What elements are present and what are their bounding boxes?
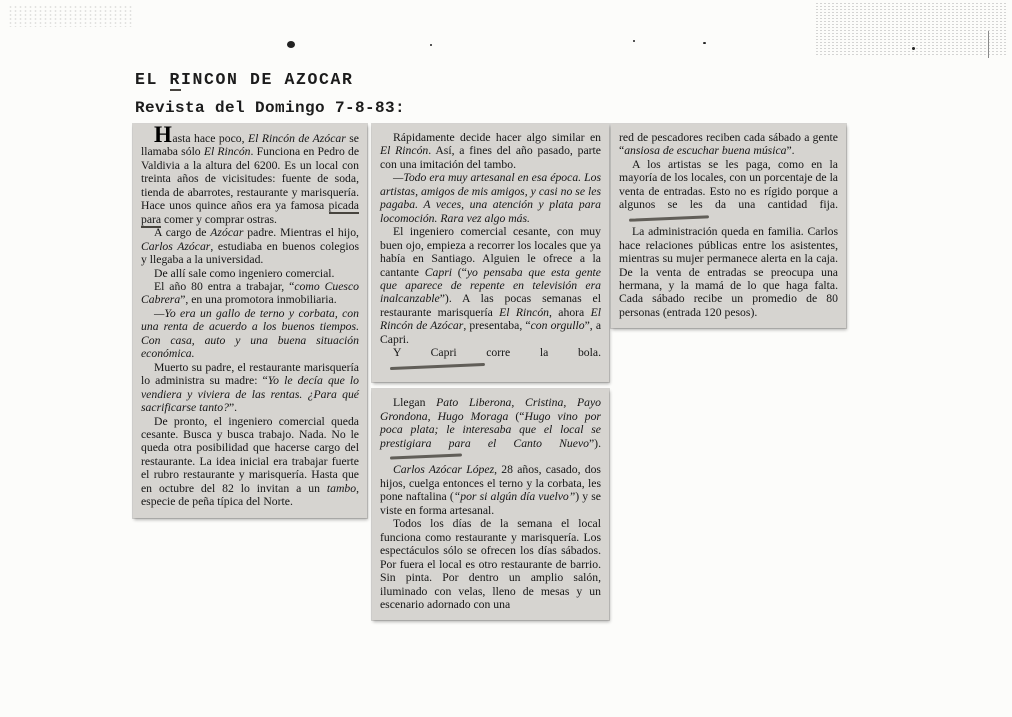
article-paragraph: Rápidamente decide hacer algo similar en… [380,131,601,171]
article-paragraph: —Yo era un gallo de terno y corbata, con… [141,307,359,361]
article-column-2: Rápidamente decide hacer algo similar en… [372,124,609,620]
text-segment: INCON DE AZOCAR [181,70,354,89]
text-segment: Capri [425,266,452,279]
text-segment: padre. Mientras el hijo, [243,226,359,239]
scan-edge-artifact [988,31,989,58]
scanned-newspaper-page: EL RINCON DE AZOCAR Revista del Domingo … [0,0,1012,717]
text-segment: , ahora [549,306,591,319]
ink-speck [912,47,915,50]
text-segment: “por si algún día vuelvo” [454,490,576,503]
text-segment: EL [135,70,170,89]
text-segment: comer y comprar ostras. [161,213,277,226]
text-segment: Llegan [393,396,436,409]
scan-noise-top-right [815,2,1007,56]
text-segment: A cargo de [154,226,210,239]
text-segment: , presentaba, “ [463,319,530,332]
text-segment: —Todo era muy artesanal en esa época. Lo… [380,171,601,224]
pen-mark [390,453,462,459]
text-segment: —Yo era un gallo de terno y corbata, con… [141,307,359,360]
text-segment: tambo [327,482,356,495]
ink-speck [703,42,706,44]
newspaper-clipping: Llegan Pato Liberona, Cristina, Payo Gro… [372,389,609,620]
text-segment: ”). [589,437,601,450]
article-paragraph: De pronto, el ingeniero comercial queda … [141,415,359,509]
pen-mark [629,215,709,221]
text-segment: Carlos Azócar [141,240,210,253]
ink-speck [633,40,635,42]
article-paragraph: El ingeniero comercial cesante, con muy … [380,225,601,346]
text-segment: (“ [452,266,467,279]
text-segment: ”. [229,401,237,414]
pen-mark [390,362,485,369]
article-paragraph: —Todo era muy artesanal en esa época. Lo… [380,171,601,225]
text-segment: Rápidamente decide hacer algo similar en [393,131,601,144]
article-paragraph: A los artistas se les paga, como en la m… [619,158,838,225]
article-subheadline: Revista del Domingo 7-8-83: [135,99,405,117]
text-segment: ”. [787,144,795,157]
text-segment: R [170,70,182,91]
text-segment: Azócar [210,226,243,239]
text-segment: ansiosa de escuchar buena música [624,144,786,157]
text-segment: El Rincón [499,306,549,319]
article-paragraph: De allí sale como ingeniero comercial. [141,267,359,280]
article-column-1: Hasta hace poco, El Rincón de Azócar se … [133,124,367,518]
text-segment: El Rincón [380,144,428,157]
article-paragraph: Carlos Azócar López, 28 años, casado, do… [380,463,601,517]
article-paragraph: Muerto su padre, el restaurante marisque… [141,361,359,415]
ink-speck [430,44,432,46]
text-segment: con orgullo [531,319,585,332]
text-segment: (“ [508,410,524,423]
text-segment: ”, en una promotora inmobiliaria. [180,293,336,306]
article-paragraph: Todos los días de la semana el local fun… [380,517,601,611]
article-paragraph: red de pescadores reciben cada sábado a … [619,131,838,158]
article-paragraph: La administración queda en familia. Carl… [619,225,838,319]
text-segment: De allí sale como ingeniero comercial. [154,267,334,280]
text-segment: El Rincón [204,145,251,158]
text-segment: Y Capri corre la bola. [393,346,601,359]
newspaper-clipping: Hasta hace poco, El Rincón de Azócar se … [133,124,367,518]
article-paragraph: Llegan Pato Liberona, Cristina, Payo Gro… [380,396,601,463]
article-paragraph: Y Capri corre la bola. [380,346,601,373]
drop-cap: H [154,122,172,147]
text-segment: Todos los días de la semana el local fun… [380,517,601,611]
text-segment: A los artistas se les paga, como en la m… [619,158,838,211]
article-column-3: red de pescadores reciben cada sábado a … [611,124,846,328]
newspaper-clipping: Rápidamente decide hacer algo similar en… [372,124,609,382]
newspaper-clipping: red de pescadores reciben cada sábado a … [611,124,846,328]
text-segment: Carlos Azócar López [393,463,494,476]
text-segment: El Rincón de Azócar [248,132,346,145]
article-headline: EL RINCON DE AZOCAR [135,70,354,89]
ink-speck [287,41,295,48]
article-paragraph: A cargo de Azócar padre. Mientras el hij… [141,226,359,266]
text-segment: La administración queda en familia. Carl… [619,225,838,319]
article-paragraph: El año 80 entra a trabajar, “como Cuesco… [141,280,359,307]
scan-noise-top-left [8,5,133,27]
article-paragraph: Hasta hace poco, El Rincón de Azócar se … [141,131,359,226]
text-segment: asta hace poco, [172,132,248,145]
text-segment: El año 80 entra a trabajar, “ [154,280,294,293]
